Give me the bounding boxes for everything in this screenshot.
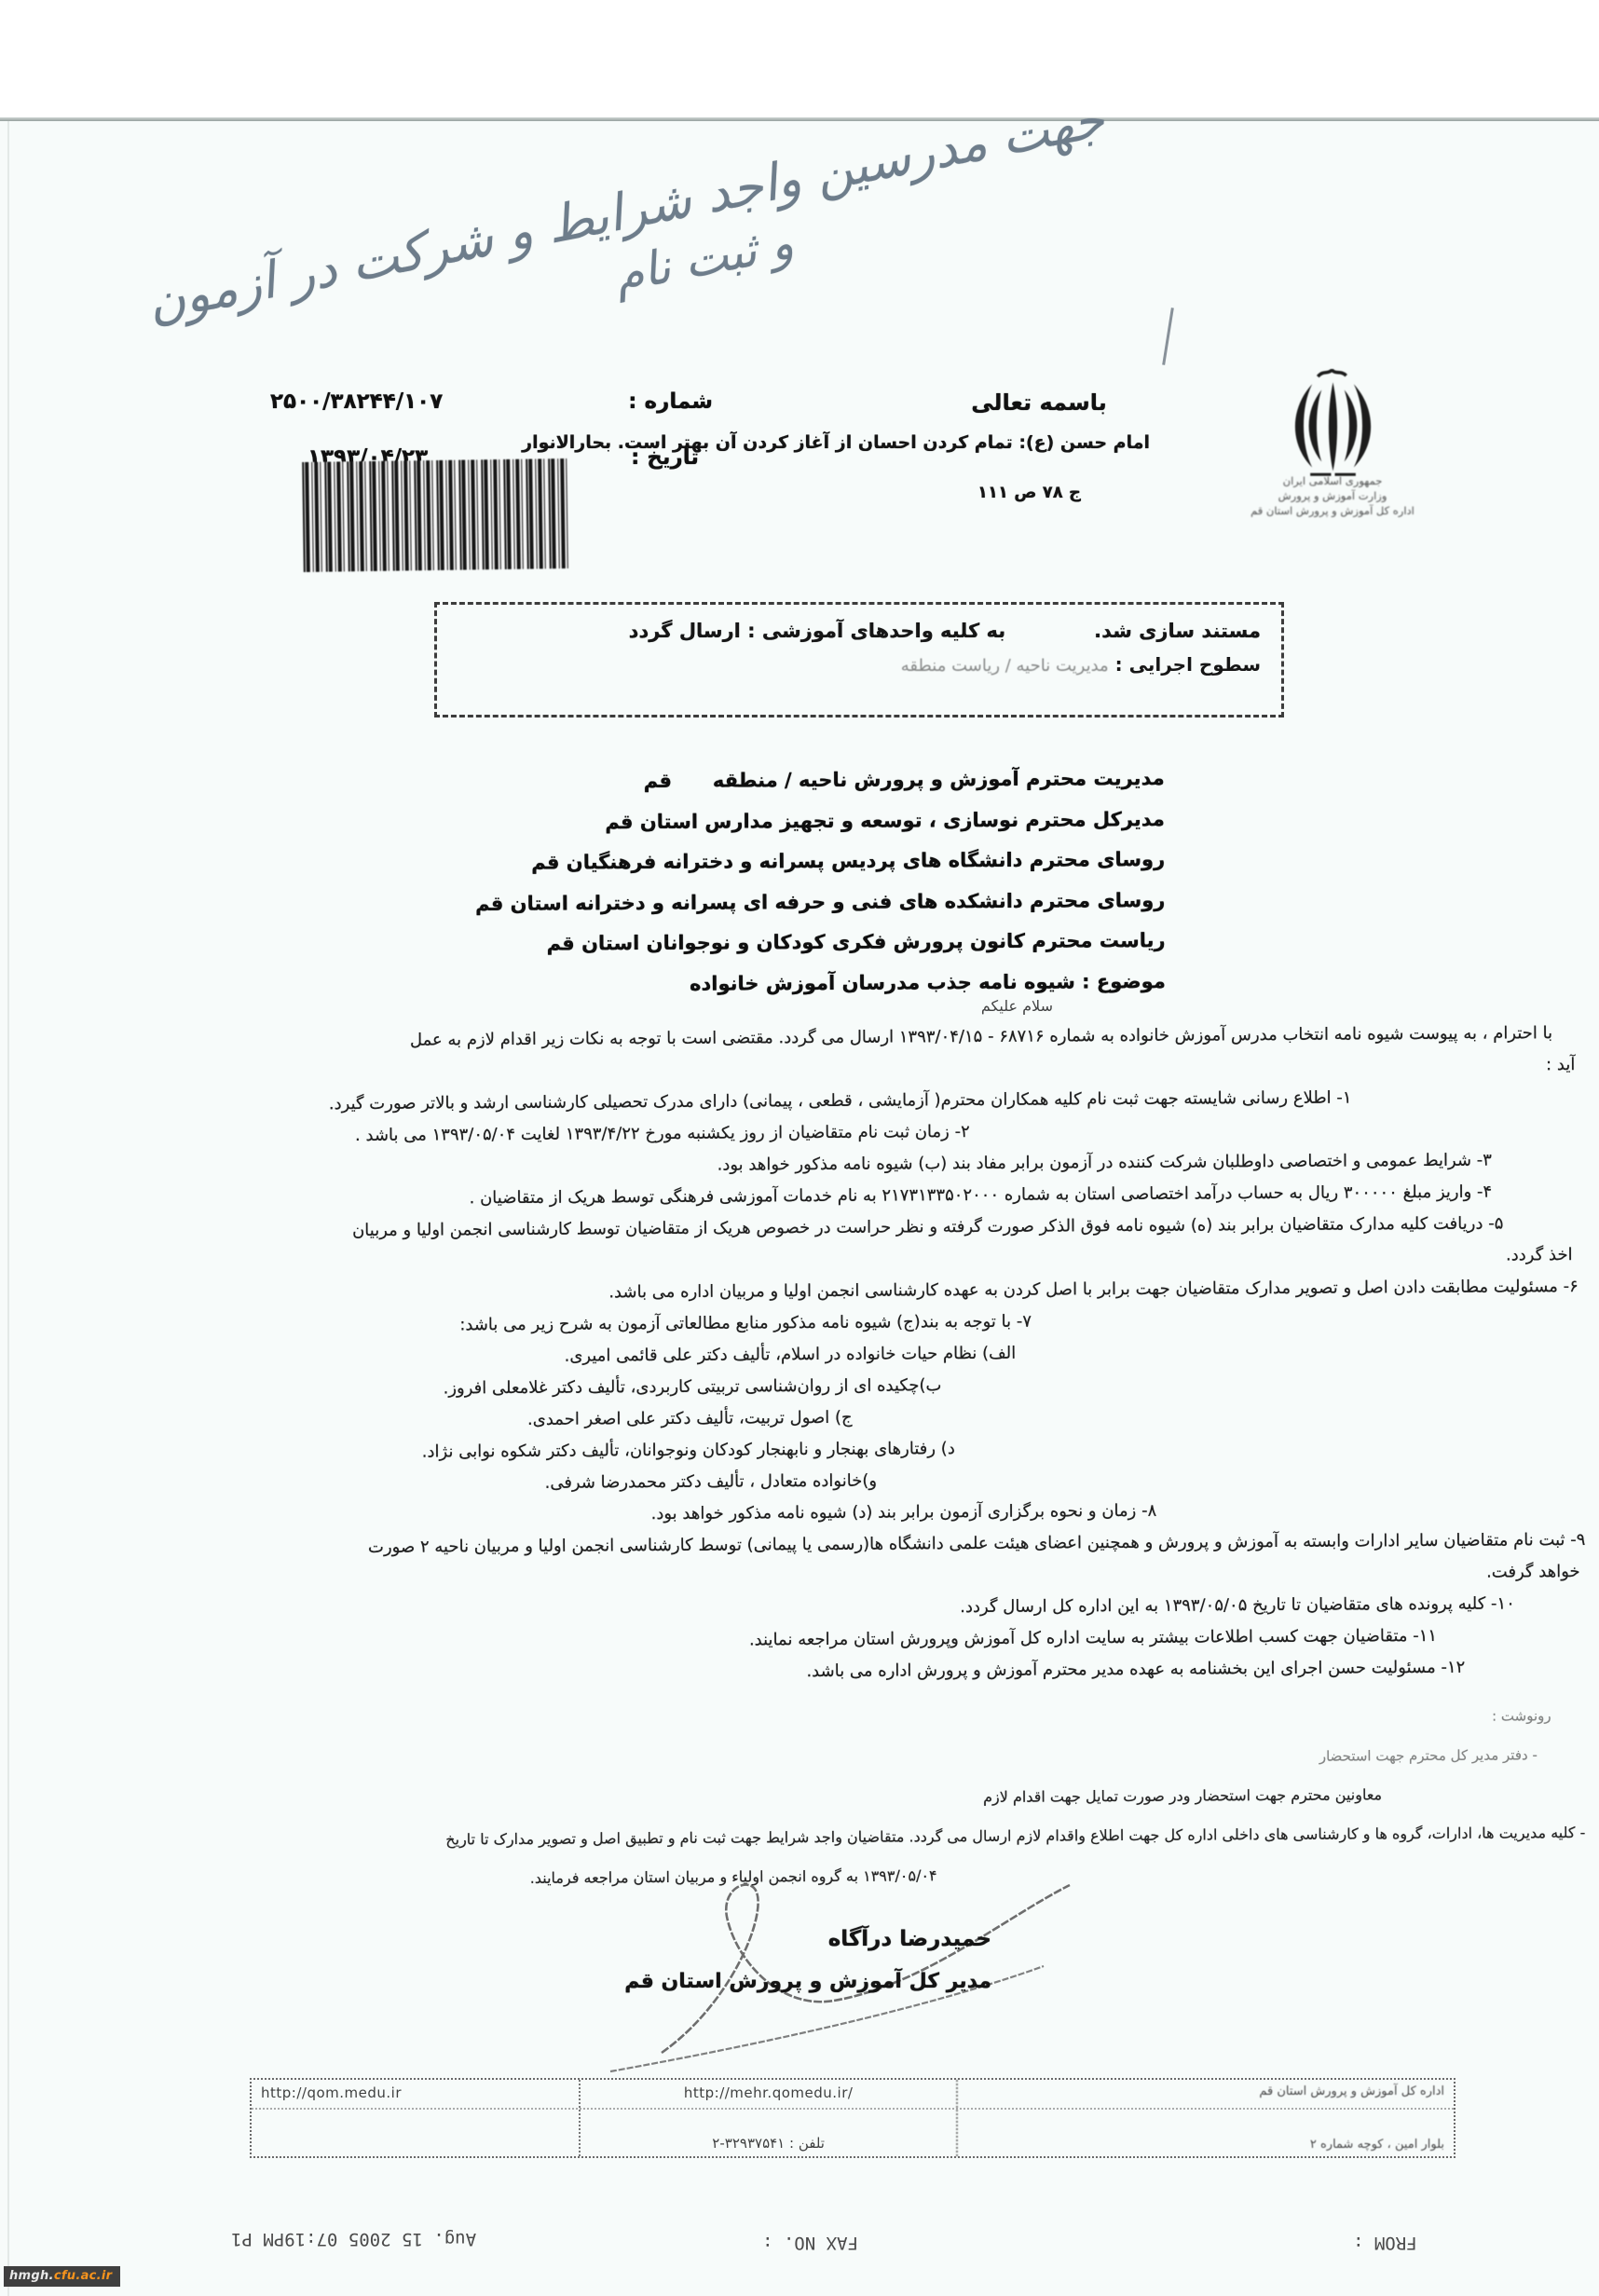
recipient-line: مدیریت محترم آموزش و پرورش ناحیه / منطقه… — [474, 758, 1164, 802]
org-department: اداره کل آموزش و پرورش استان قم — [1207, 503, 1458, 518]
footer-org-name: اداره کل آموزش و پرورش استان قم — [967, 2084, 1444, 2098]
footer-dotted-line — [252, 2108, 1454, 2110]
handwritten-note: جهت مدرسین واجد شرایط و شرکت در آزمون و … — [129, 89, 1121, 394]
site-url: http://qom.medu.ir — [261, 2084, 569, 2101]
recipient-line: روسای محترم دانشگاه های پردیس پسرانه و د… — [475, 840, 1165, 883]
signature-block: حمیدرضا درآگاه مدیر کل آموزش و پرورش است… — [624, 1918, 991, 2003]
exec-levels-value: مدیریت ناحیه / ریاست منطقه — [901, 656, 1109, 676]
routing-stamp-box: مستند سازی شد. به کلیه واحدهای آموزشی : … — [434, 602, 1284, 717]
footer-org-cell: اداره کل آموزش و پرورش استان قم بلوار ام… — [956, 2080, 1454, 2156]
fax-datetime: Aug. 15 2005 07:19PM P1 — [231, 2229, 476, 2249]
recipient-line: ریاست محترم کانون پرورش فکری کودکان و نو… — [475, 921, 1165, 964]
subject-line: موضوع : شیوه نامه جذب مدرسان آموزش خانوا… — [475, 962, 1165, 1005]
documented-stamp-text: مستند سازی شد. — [1094, 620, 1261, 642]
fax-from-label: FROM : — [1353, 2233, 1417, 2253]
footer-site-cell: http://qom.medu.ir — [252, 2080, 579, 2156]
phone-number: تلفن : ۳۲۹۳۷۵۴۱-۲ — [712, 2135, 825, 2152]
date-label: تاریخ : — [631, 445, 699, 470]
org-country: جمهوری اسلامی ایران — [1207, 473, 1458, 488]
scan-edge-strip — [0, 0, 1599, 117]
org-ministry: وزارت آموزش و پرورش — [1207, 488, 1458, 503]
salutation: سلام علیکم — [981, 997, 1053, 1015]
watermark-prefix: hmgh. — [9, 2269, 54, 2283]
number-label: شماره : — [628, 389, 713, 414]
scan-left-edge — [7, 121, 9, 2296]
basmala: باسمه تعالی — [932, 389, 1146, 416]
site-watermark: hmgh.cfu.ac.ir — [4, 2266, 120, 2287]
footer-address: بلوار امین ، کوچه شماره ۲ — [967, 2138, 1444, 2152]
letter-number-row: شماره : ۲۵۰۰/۳۸۲۴۴/۱۰۷ — [270, 389, 713, 414]
routing-stamp-row2: سطوح اجرایی : مدیریت ناحیه / ریاست منطقه — [458, 653, 1261, 676]
hadith-reference: ج ۷۸ ص ۱۱۱ — [977, 483, 1081, 502]
barcode — [302, 458, 569, 572]
letter-body: با احترام ، به پیوست شیوه نامه انتخاب مد… — [112, 1018, 1590, 1901]
watermark-domain: cfu.ac.ir — [54, 2269, 113, 2283]
footer-contact-table: اداره کل آموزش و پرورش استان قم بلوار ام… — [250, 2078, 1455, 2158]
routing-stamp-row1: مستند سازی شد. به کلیه واحدهای آموزشی : … — [458, 620, 1261, 642]
scan-edge-line — [0, 117, 1599, 121]
signatory-name: حمیدرضا درآگاه — [624, 1918, 991, 1961]
letterhead-org-lines: جمهوری اسلامی ایران وزارت آموزش و پرورش … — [1207, 473, 1458, 518]
footer-portal-cell: http://mehr.qomedu.ir/ تلفن : ۳۲۹۳۷۵۴۱-۲ — [579, 2080, 955, 2156]
pen-mark — [1162, 307, 1174, 365]
exec-levels-label: سطوح اجرایی : — [1115, 653, 1261, 676]
fax-number-label: FAX NO. : — [762, 2233, 858, 2253]
portal-url: http://mehr.qomedu.ir/ — [684, 2084, 854, 2101]
signatory-title: مدیر کل آموزش و پرورش استان قم — [624, 1961, 991, 2003]
recipient-line: روسای محترم دانشکده های فنی و حرفه ای پس… — [475, 881, 1165, 924]
recipients-block: مدیریت محترم آموزش و پرورش ناحیه / منطقه… — [474, 758, 1166, 1005]
number-value: ۲۵۰۰/۳۸۲۴۴/۱۰۷ — [270, 389, 443, 414]
recipient-line: مدیرکل محترم نوسازی ، توسعه و تجهیز مدار… — [474, 799, 1164, 843]
scanned-fax-document: جهت مدرسین واجد شرایط و شرکت در آزمون و … — [0, 0, 1599, 2296]
send-to-text: به کلیه واحدهای آموزشی : ارسال گردد — [629, 620, 1005, 642]
